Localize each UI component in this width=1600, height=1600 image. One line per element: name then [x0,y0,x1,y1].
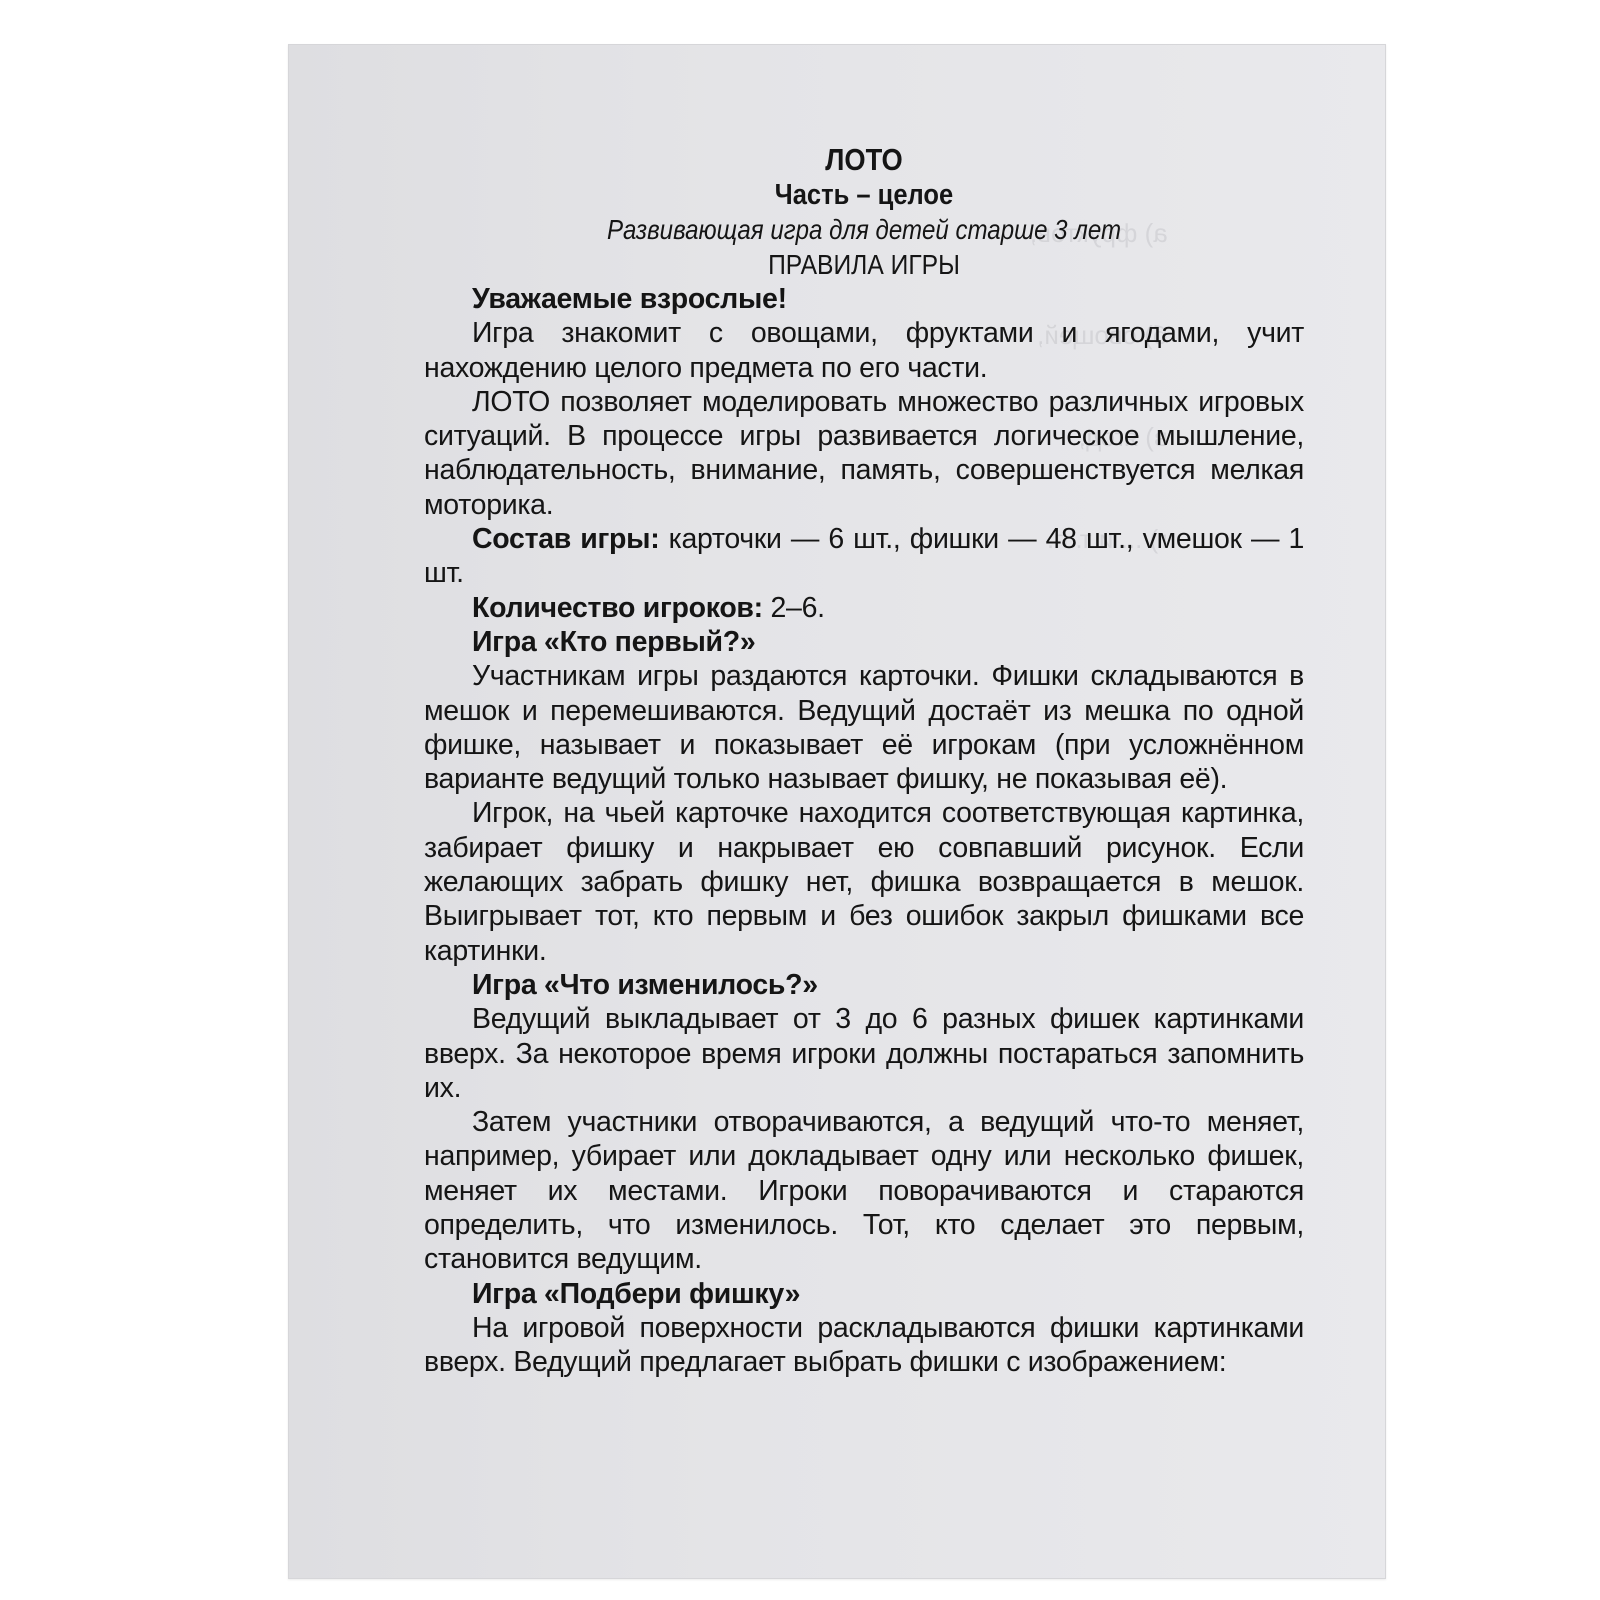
document-title: ЛОТО [477,142,1251,178]
document-subtitle: Часть – целое [477,178,1251,212]
game-paragraph: Игрок, на чьей карточке находится соотве… [424,796,1304,967]
game-paragraph: На игровой поверхности раскладываются фи… [424,1311,1304,1380]
game-heading-what-changed: Игра «Что изменилось?» [424,968,1304,1002]
rules-heading: ПРАВИЛА ИГРЫ [477,248,1251,282]
game-heading-pick-chip: Игра «Подбери фишку» [424,1277,1304,1311]
game-paragraph: Затем участники отворачиваются, а ведущи… [424,1105,1304,1276]
intro-paragraph: ЛОТО позволяет моделировать множество ра… [424,385,1304,522]
document-body: ЛОТО Часть – целое Развивающая игра для … [424,142,1304,1380]
document-tagline: Развивающая игра для детей старше 3 лет [486,212,1243,248]
intro-paragraph: Игра знакомит с овощами, фруктами и ягод… [424,316,1304,385]
player-count-label: Количество игроков: [472,592,763,624]
game-heading-who-first: Игра «Кто первый?» [424,625,1304,659]
game-paragraph: Участникам игры раздаются карточки. Фишк… [424,659,1304,796]
game-contents-label: Состав игры: [472,523,659,555]
game-paragraph: Ведущий выкладывает от 3 до 6 разных фиш… [424,1002,1304,1105]
greeting-heading: Уважаемые взрослые! [424,282,1304,316]
game-contents: Состав игры: карточки — 6 шт., фишки — 4… [424,522,1304,591]
player-count-text: 2–6. [763,592,825,624]
player-count: Количество игроков: 2–6. [424,591,1304,625]
